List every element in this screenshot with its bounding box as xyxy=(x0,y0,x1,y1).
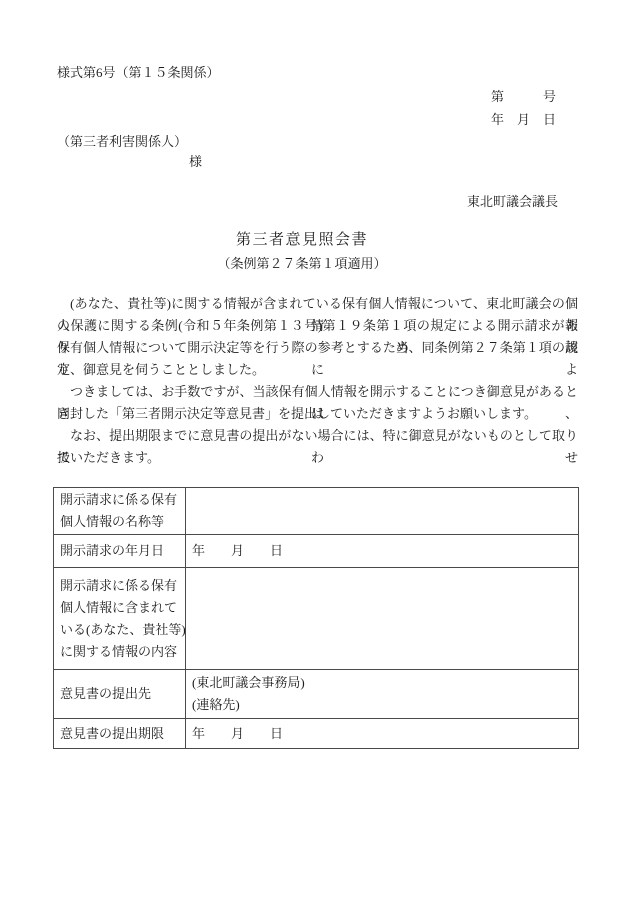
row-value-cell: 年 月 日 xyxy=(186,535,579,568)
table-row: 開示請求に係る保有 個人情報の名称等 xyxy=(54,488,579,535)
row-label-cell: 開示請求の年月日 xyxy=(54,535,186,568)
row-value-cell xyxy=(186,568,579,670)
addressee-label: （第三者利害関係人） xyxy=(57,131,578,153)
document-page: 様式第6号（第１５条関係） 第 号 年 月 日 （第三者利害関係人） 様 東北町… xyxy=(0,0,630,903)
body-line: なお、提出期限までに意見書の提出がない場合には、特に御意見がないものとして取り扱… xyxy=(57,425,578,447)
body-line: つきましては、お手数ですが、当該保有個人情報を開示することにつき御意見があるとき… xyxy=(57,381,578,403)
row-value-cell: 年 月 日 xyxy=(186,719,579,749)
row-label-cell: 開示請求に係る保有 個人情報に含まれて いる(あなた、貴社等) に関する情報の内… xyxy=(54,568,186,670)
row-value-cell xyxy=(186,488,579,535)
doc-number-line: 第 号 xyxy=(57,86,578,108)
table-row: 開示請求の年月日 年 月 日 xyxy=(54,535,579,568)
table-row: 意見書の提出先 (東北町議会事務局) (連絡先) xyxy=(54,670,579,719)
date-line: 年 月 日 xyxy=(57,109,578,131)
page-subtitle: （条例第２７条第１項適用） xyxy=(57,253,547,275)
body-text: (あなた、貴社等)に関する情報が含まれている保有個人情報について、東北町議会の個… xyxy=(57,293,578,469)
row-label-cell: 開示請求に係る保有 個人情報の名称等 xyxy=(54,488,186,535)
row-label-cell: 意見書の提出期限 xyxy=(54,719,186,749)
body-line: の保護に関する条例(令和５年条例第１３号)第１９条第１項の規定による開示請求があ… xyxy=(57,315,578,337)
row-value-cell: (東北町議会事務局) (連絡先) xyxy=(186,670,579,719)
row-label-cell: 意見書の提出先 xyxy=(54,670,186,719)
info-table: 開示請求に係る保有 個人情報の名称等 開示請求の年月日 年 月 日 開示請求に係… xyxy=(53,487,579,749)
addressee-honorific: 様 xyxy=(189,151,202,173)
form-number: 様式第6号（第１５条関係） xyxy=(57,62,578,84)
body-line: 同封した「第三者開示決定等意見書」を提出していただきますようお願いします。 xyxy=(57,403,578,425)
body-line: (あなた、貴社等)に関する情報が含まれている保有個人情報について、東北町議会の個… xyxy=(57,293,578,315)
page-title: 第三者意見照会書 xyxy=(57,228,547,252)
recipient-signature: 東北町議会議長 xyxy=(57,191,578,213)
table-row: 開示請求に係る保有 個人情報に含まれて いる(あなた、貴社等) に関する情報の内… xyxy=(54,568,579,670)
body-line: 保有個人情報について開示決定等を行う際の参考とするため、同条例第２７条第１項の規… xyxy=(57,337,578,359)
table-row: 意見書の提出期限 年 月 日 xyxy=(54,719,579,749)
